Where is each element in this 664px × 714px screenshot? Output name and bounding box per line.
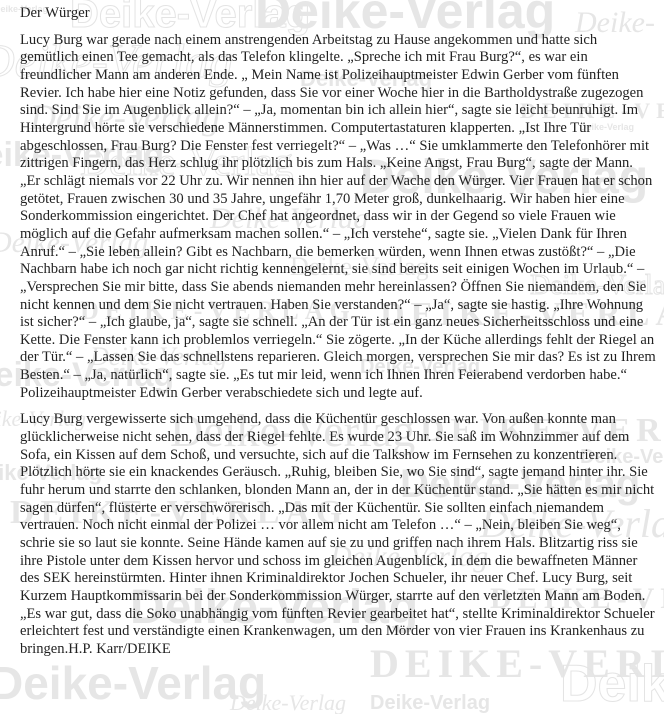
article: Der Würger Lucy Burg war gerade nach ein…: [20, 5, 656, 668]
watermark: Deike-Verlag: [370, 692, 490, 714]
watermark: Deike-Verlag: [230, 690, 346, 714]
article-title: Der Würger: [20, 5, 656, 23]
article-paragraph-2: Lucy Burg vergewisserte sich umgehend, d…: [20, 411, 656, 658]
article-paragraph-1: Lucy Burg war gerade nach einem anstreng…: [20, 32, 656, 403]
